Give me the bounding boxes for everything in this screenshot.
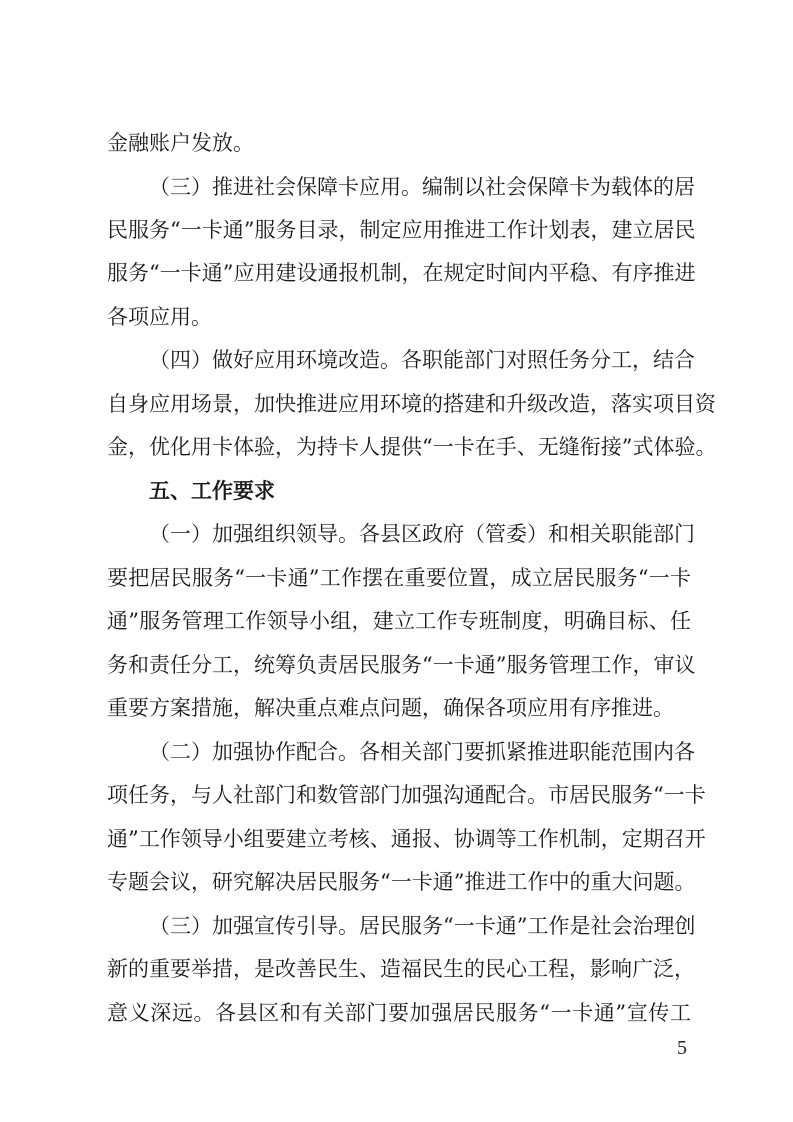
- text-line: 自身应用场景，加快推进应用环境的搭建和升级改造，落实项目资: [107, 389, 691, 419]
- page-number: 5: [677, 1036, 687, 1060]
- paragraph-section-3-promote-card-application: （三）推进社会保障卡应用。编制以社会保障卡为载体的居: [149, 172, 691, 202]
- text-line: 通”工作领导小组要建立考核、通报、协调等工作机制，定期召开: [107, 824, 691, 854]
- paragraph-strengthen-leadership: （一）加强组织领导。各县区政府（管委）和相关职能部门: [149, 519, 691, 549]
- paragraph-section-4-environment-upgrade: （四）做好应用环境改造。各职能部门对照任务分工，结合: [149, 345, 691, 375]
- text-line: 项任务，与人社部门和数管部门加强沟通配合。市居民服务“一卡: [107, 780, 691, 810]
- paragraph-strengthen-publicity: （三）加强宣传引导。居民服务“一卡通”工作是社会治理创: [149, 911, 691, 941]
- document-page: 金融账户发放。 （三）推进社会保障卡应用。编制以社会保障卡为载体的居 民服务“一…: [0, 0, 793, 1122]
- text-line: 通”服务管理工作领导小组，建立工作专班制度，明确目标、任: [107, 606, 691, 636]
- text-line: 金，优化用卡体验，为持卡人提供“一卡在手、无缝衔接”式体验。: [107, 432, 691, 462]
- text-line: 要把居民服务“一卡通”工作摆在重要位置，成立居民服务“一卡: [107, 563, 691, 593]
- text-line: 民服务“一卡通”服务目录，制定应用推进工作计划表，建立居民: [107, 215, 691, 245]
- section-heading-work-requirements: 五、工作要求: [149, 476, 691, 506]
- text-line: 务和责任分工，统筹负责居民服务“一卡通”服务管理工作，审议: [107, 650, 691, 680]
- text-line: 新的重要举措，是改善民生、造福民生的民心工程，影响广泛，: [107, 954, 691, 984]
- text-line: 各项应用。: [107, 302, 691, 332]
- text-line: 金融账户发放。: [107, 128, 691, 158]
- text-line: 专题会议，研究解决居民服务“一卡通”推进工作中的重大问题。: [107, 867, 691, 897]
- text-line: 服务“一卡通”应用建设通报机制，在规定时间内平稳、有序推进: [107, 258, 691, 288]
- text-line: 意义深远。各县区和有关部门要加强居民服务“一卡通”宣传工: [107, 998, 691, 1028]
- paragraph-strengthen-cooperation: （二）加强协作配合。各相关部门要抓紧推进职能范围内各: [149, 737, 691, 767]
- text-line: 重要方案措施，解决重点难点问题，确保各项应用有序推进。: [107, 693, 691, 723]
